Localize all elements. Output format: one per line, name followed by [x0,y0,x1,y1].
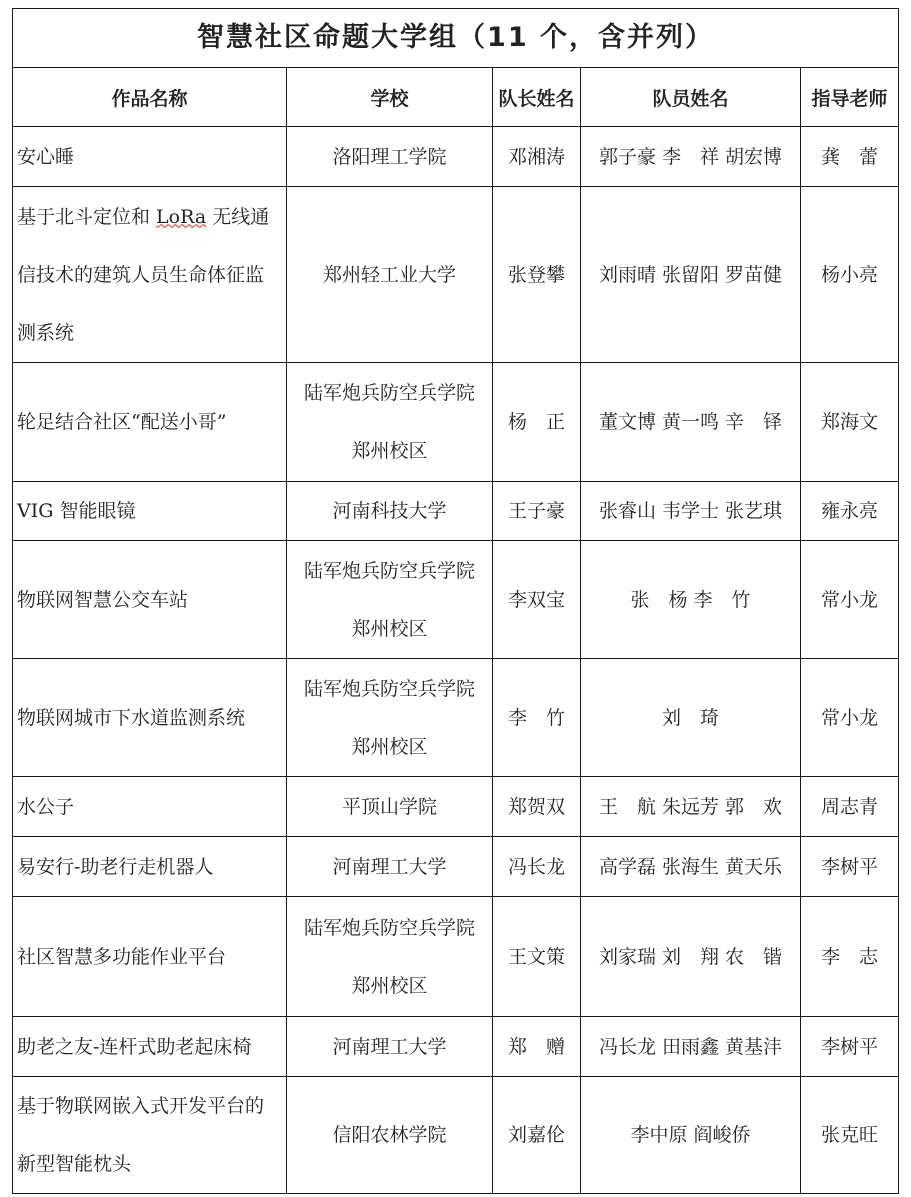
school-line: 陆军炮兵防空兵学院 [291,364,488,422]
table-row: 轮足结合社区“配送小哥”陆军炮兵防空兵学院郑州校区杨 正董文博 黄一鸣 辛 铎郑… [13,363,899,482]
cell-members: 张睿山 韦学士 张艺琪 [581,482,801,541]
cell-members: 高学磊 张海生 黄天乐 [581,837,801,897]
cell-captain: 刘嘉伦 [493,1077,581,1194]
col-header-members: 队员姓名 [581,68,801,127]
cell-project: VIG 智能眼镜 [13,482,287,541]
col-header-project: 作品名称 [13,68,287,127]
cell-captain: 郑贺双 [493,777,581,837]
cell-advisor: 周志青 [801,777,899,837]
cell-project: 物联网智慧公交车站 [13,541,287,659]
school-line: 河南科技大学 [291,482,488,540]
cell-project: 基于北斗定位和 LoRa 无线通信技术的建筑人员生命体征监测系统 [13,187,287,363]
col-header-captain: 队长姓名 [493,68,581,127]
table-row: 物联网城市下水道监测系统陆军炮兵防空兵学院郑州校区李 竹刘 琦常小龙 [13,659,899,777]
cell-project: 轮足结合社区“配送小哥” [13,363,287,482]
table-row: 安心睡洛阳理工学院邓湘涛郭子豪 李 祥 胡宏博龚 蕾 [13,127,899,187]
cell-captain: 郑 赠 [493,1017,581,1077]
table-row: 水公子平顶山学院郑贺双王 航 朱远芳 郭 欢周志青 [13,777,899,837]
cell-school: 陆军炮兵防空兵学院郑州校区 [287,541,493,659]
table-title: 智慧社区命题大学组（11 个，含并列） [13,9,899,68]
table-row: 基于物联网嵌入式开发平台的新型智能枕头信阳农林学院刘嘉伦李中原 阎峻侨张克旺 [13,1077,899,1194]
cell-project: 水公子 [13,777,287,837]
school-line: 郑州校区 [291,600,488,658]
cell-captain: 杨 正 [493,363,581,482]
cell-captain: 邓湘涛 [493,127,581,187]
table-row: 社区智慧多功能作业平台陆军炮兵防空兵学院郑州校区王文策刘家瑞 刘 翔 农 锴李 … [13,897,899,1017]
cell-members: 张 杨 李 竹 [581,541,801,659]
cell-school: 陆军炮兵防空兵学院郑州校区 [287,897,493,1017]
cell-advisor: 常小龙 [801,659,899,777]
cell-project: 物联网城市下水道监测系统 [13,659,287,777]
cell-project: 易安行-助老行走机器人 [13,837,287,897]
cell-school: 河南理工大学 [287,1017,493,1077]
col-header-advisor: 指导老师 [801,68,899,127]
school-line: 郑州轻工业大学 [291,246,488,304]
cell-school: 郑州轻工业大学 [287,187,493,363]
cell-advisor: 李树平 [801,1017,899,1077]
school-line: 河南理工大学 [291,838,488,896]
table-body: 安心睡洛阳理工学院邓湘涛郭子豪 李 祥 胡宏博龚 蕾基于北斗定位和 LoRa 无… [13,127,899,1194]
cell-members: 刘雨晴 张留阳 罗苗健 [581,187,801,363]
school-line: 陆军炮兵防空兵学院 [291,542,488,600]
school-line: 信阳农林学院 [291,1106,488,1164]
spellcheck-underlined-word: LoRa [156,206,206,228]
cell-advisor: 常小龙 [801,541,899,659]
cell-project: 助老之友-连杆式助老起床椅 [13,1017,287,1077]
cell-captain: 王子豪 [493,482,581,541]
school-line: 郑州校区 [291,422,488,480]
cell-captain: 李 竹 [493,659,581,777]
cell-school: 河南科技大学 [287,482,493,541]
cell-school: 洛阳理工学院 [287,127,493,187]
school-line: 郑州校区 [291,718,488,776]
cell-advisor: 李树平 [801,837,899,897]
award-table: 智慧社区命题大学组（11 个，含并列） 作品名称 学校 队长姓名 队员姓名 指导… [12,8,899,1194]
school-line: 郑州校区 [291,957,488,1015]
table-row: 助老之友-连杆式助老起床椅河南理工大学郑 赠冯长龙 田雨鑫 黄基沣李树平 [13,1017,899,1077]
cell-advisor: 雍永亮 [801,482,899,541]
cell-captain: 张登攀 [493,187,581,363]
cell-advisor: 李 志 [801,897,899,1017]
cell-school: 平顶山学院 [287,777,493,837]
header-row: 作品名称 学校 队长姓名 队员姓名 指导老师 [13,68,899,127]
table-row: 基于北斗定位和 LoRa 无线通信技术的建筑人员生命体征监测系统郑州轻工业大学张… [13,187,899,363]
school-line: 河南理工大学 [291,1018,488,1076]
cell-members: 刘 琦 [581,659,801,777]
cell-members: 郭子豪 李 祥 胡宏博 [581,127,801,187]
school-line: 平顶山学院 [291,778,488,836]
cell-school: 陆军炮兵防空兵学院郑州校区 [287,659,493,777]
school-line: 洛阳理工学院 [291,128,488,186]
table-row: 易安行-助老行走机器人河南理工大学冯长龙高学磊 张海生 黄天乐李树平 [13,837,899,897]
school-line: 陆军炮兵防空兵学院 [291,899,488,957]
cell-school: 河南理工大学 [287,837,493,897]
cell-school: 信阳农林学院 [287,1077,493,1194]
cell-captain: 冯长龙 [493,837,581,897]
cell-advisor: 龚 蕾 [801,127,899,187]
cell-members: 刘家瑞 刘 翔 农 锴 [581,897,801,1017]
col-header-school: 学校 [287,68,493,127]
cell-captain: 李双宝 [493,541,581,659]
cell-advisor: 杨小亮 [801,187,899,363]
cell-members: 王 航 朱远芳 郭 欢 [581,777,801,837]
cell-captain: 王文策 [493,897,581,1017]
cell-members: 董文博 黄一鸣 辛 铎 [581,363,801,482]
cell-advisor: 郑海文 [801,363,899,482]
cell-members: 李中原 阎峻侨 [581,1077,801,1194]
table-row: VIG 智能眼镜河南科技大学王子豪张睿山 韦学士 张艺琪雍永亮 [13,482,899,541]
school-line: 陆军炮兵防空兵学院 [291,660,488,718]
table-row: 物联网智慧公交车站陆军炮兵防空兵学院郑州校区李双宝张 杨 李 竹常小龙 [13,541,899,659]
cell-school: 陆军炮兵防空兵学院郑州校区 [287,363,493,482]
cell-advisor: 张克旺 [801,1077,899,1194]
cell-project: 社区智慧多功能作业平台 [13,897,287,1017]
cell-members: 冯长龙 田雨鑫 黄基沣 [581,1017,801,1077]
cell-project: 安心睡 [13,127,287,187]
cell-project: 基于物联网嵌入式开发平台的新型智能枕头 [13,1077,287,1194]
